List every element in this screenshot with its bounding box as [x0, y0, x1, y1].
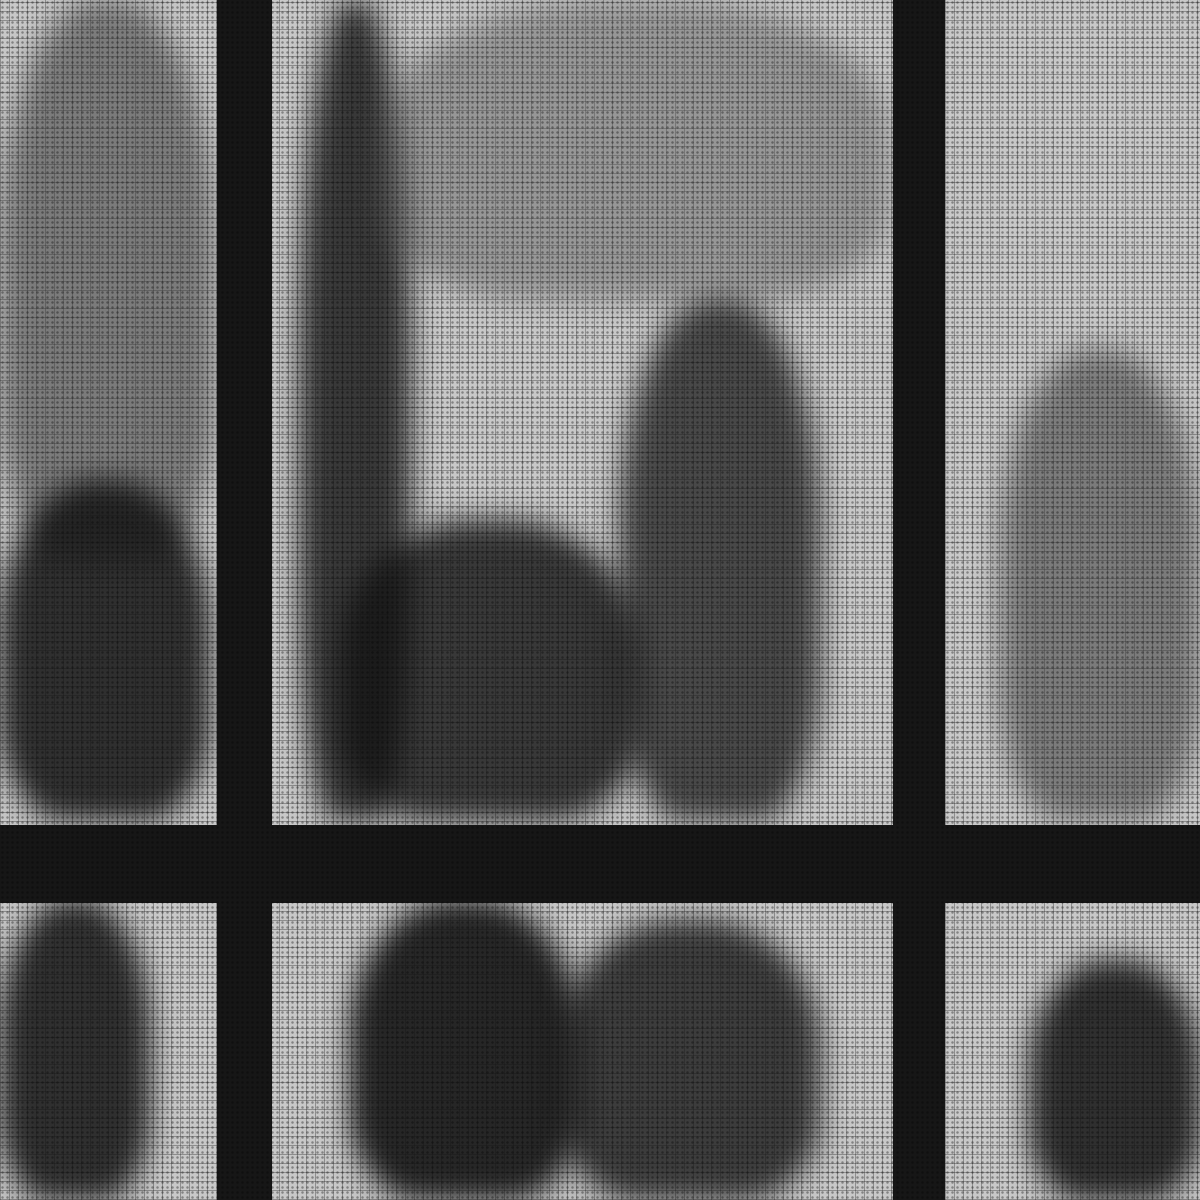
photo-window-screen	[0, 0, 1200, 1200]
film-grain	[0, 0, 1200, 1200]
